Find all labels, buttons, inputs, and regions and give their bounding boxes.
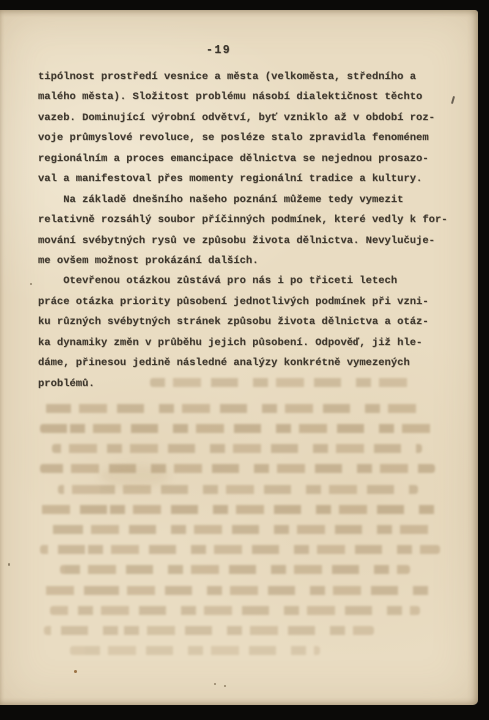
text-line: me ovšem možnost prokázání dalších. bbox=[38, 251, 458, 271]
paper-speck bbox=[224, 685, 226, 687]
text-line: Otevřenou otázkou zůstává pro nás i po t… bbox=[38, 271, 458, 291]
bleedthrough-line bbox=[70, 646, 320, 655]
bleedthrough-line bbox=[44, 626, 374, 635]
bleedthrough-line bbox=[58, 485, 418, 494]
bleedthrough-line bbox=[60, 565, 410, 574]
paper-speck bbox=[214, 683, 216, 685]
text-line: práce otázka priority působení jednotliv… bbox=[38, 292, 458, 312]
scan-border-right bbox=[478, 0, 489, 720]
bleedthrough-line bbox=[40, 424, 440, 433]
bleedthrough-line bbox=[44, 404, 424, 413]
text-line: Na základě dnešního našeho poznání můžem… bbox=[38, 190, 458, 210]
text-line: ku různých svébytných stránek způsobu ži… bbox=[38, 312, 458, 332]
text-line: problémů. bbox=[38, 374, 458, 394]
paper-speck bbox=[30, 283, 32, 285]
bleedthrough-line bbox=[40, 545, 440, 554]
bleedthrough-line bbox=[50, 606, 420, 615]
bleedthrough-line bbox=[52, 444, 422, 453]
text-line: vazeb. Dominující výrobní odvětví, byť v… bbox=[38, 108, 458, 128]
scan-frame: -19 tipólnost prostředí vesnice a města … bbox=[0, 0, 489, 720]
text-line: tipólnost prostředí vesnice a města (vel… bbox=[38, 67, 458, 87]
text-line: dáme, přinesou jedině následné analýzy k… bbox=[38, 353, 458, 373]
bleedthrough-line bbox=[42, 586, 432, 595]
scanned-page: -19 tipólnost prostředí vesnice a města … bbox=[0, 10, 478, 705]
text-line: malého města). Složitost problému násobí… bbox=[38, 87, 458, 107]
bleedthrough-line bbox=[40, 505, 440, 514]
text-line: ka dynamiky změn v průběhu jejich působe… bbox=[38, 333, 458, 353]
paper-speck bbox=[74, 670, 77, 673]
paper-speck bbox=[8, 563, 10, 566]
text-line: val a manifestoval přes momenty regionál… bbox=[38, 169, 458, 189]
scan-border-top bbox=[0, 0, 489, 10]
text-line: voje průmyslové revoluce, se posléze sta… bbox=[38, 128, 458, 148]
bleedthrough-line bbox=[48, 525, 433, 534]
paper-stain bbox=[100, 465, 170, 487]
text-line: mování svébytných rysů ve způsobu života… bbox=[38, 231, 458, 251]
scan-border-bottom bbox=[0, 705, 489, 720]
bleedthrough-line bbox=[40, 464, 435, 473]
text-line: regionálním a proces emancipace dělnictv… bbox=[38, 149, 458, 169]
body-text: tipólnost prostředí vesnice a města (vel… bbox=[38, 67, 458, 394]
text-line: relativně rozsáhlý soubor příčinných pod… bbox=[38, 210, 458, 230]
